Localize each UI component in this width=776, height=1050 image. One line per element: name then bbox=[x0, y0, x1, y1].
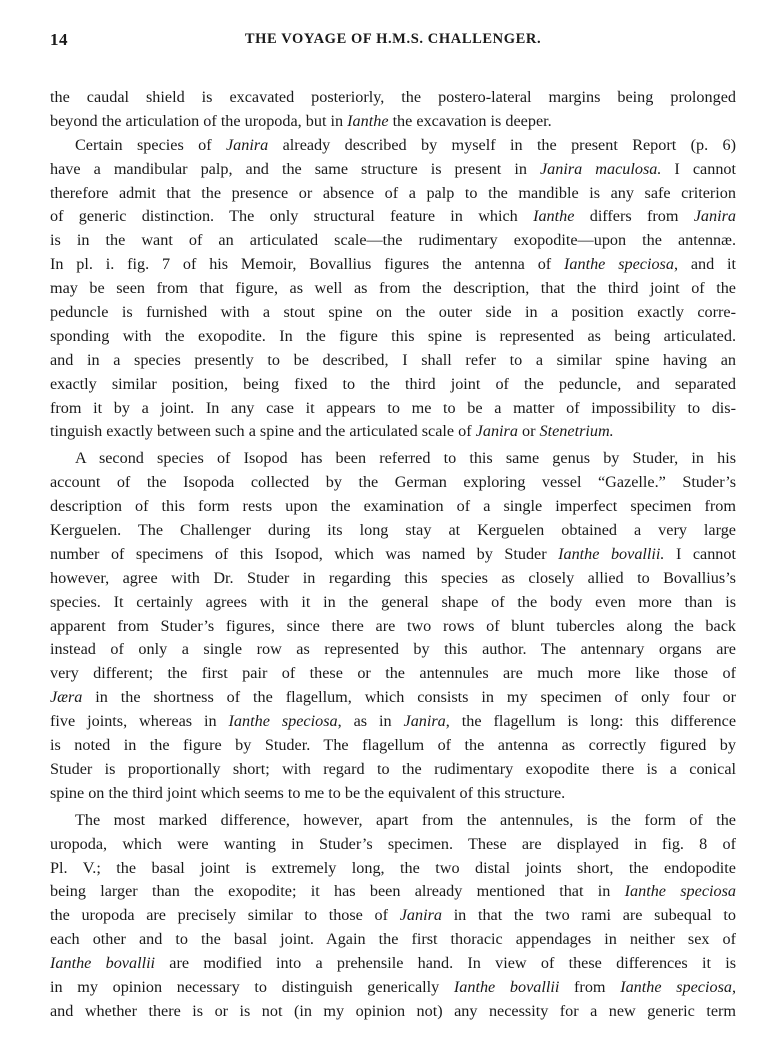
italic-taxon-name: Ianthe bovallii bbox=[454, 978, 559, 996]
text-line: however, agree with Dr. Studer in regard… bbox=[50, 567, 736, 591]
text-line: and whether there is or is not (in my op… bbox=[50, 1000, 736, 1024]
text-run: beyond the articulation of the uropoda, … bbox=[50, 112, 347, 130]
page-header: 14 THE VOYAGE OF H.M.S. CHALLENGER. bbox=[50, 30, 736, 54]
text-run: I cannot bbox=[661, 160, 736, 178]
italic-taxon-name: Ianthe bovallii. bbox=[558, 545, 664, 563]
text-run: is in the want of an articulated scale—t… bbox=[50, 231, 736, 249]
text-line: The most marked difference, however, apa… bbox=[50, 809, 736, 833]
text-run: Studer is proportionally short; with reg… bbox=[50, 760, 736, 778]
text-line: apparent from Studer’s figures, since th… bbox=[50, 615, 736, 639]
text-run: uropoda, which were wanting in Studer’s … bbox=[50, 835, 736, 853]
italic-taxon-name: Ianthe bbox=[347, 112, 388, 130]
italic-taxon-name: Jæra bbox=[50, 688, 82, 706]
text-run: exactly similar position, being fixed to… bbox=[50, 375, 736, 393]
text-run: is noted in the figure by Studer. The fl… bbox=[50, 736, 736, 754]
text-line: description of this form rests upon the … bbox=[50, 495, 736, 519]
text-run: sponding with the exopodite. In the figu… bbox=[50, 327, 736, 345]
text-run: may be seen from that figure, as well as… bbox=[50, 279, 736, 297]
text-run: have a mandibular palp, and the same str… bbox=[50, 160, 540, 178]
text-line: of generic distinction. The only structu… bbox=[50, 205, 736, 229]
text-run: five joints, whereas in bbox=[50, 712, 229, 730]
text-line: very different; the first pair of these … bbox=[50, 662, 736, 686]
text-run: very different; the first pair of these … bbox=[50, 664, 736, 682]
italic-taxon-name: Janira bbox=[400, 906, 442, 924]
running-title: THE VOYAGE OF H.M.S. CHALLENGER. bbox=[50, 31, 736, 48]
text-run: each other and to the basal joint. Again… bbox=[50, 930, 736, 948]
text-line: each other and to the basal joint. Again… bbox=[50, 928, 736, 952]
italic-taxon-name: Janira bbox=[694, 207, 736, 225]
text-line: A second species of Isopod has been refe… bbox=[50, 447, 736, 471]
italic-taxon-name: Ianthe speciosa bbox=[564, 255, 674, 273]
text-run: in the shortness of the flagellum, which… bbox=[82, 688, 736, 706]
text-line: is in the want of an articulated scale—t… bbox=[50, 229, 736, 253]
italic-taxon-name: Ianthe bovallii bbox=[50, 954, 155, 972]
text-run: , the flagellum is long: this difference bbox=[446, 712, 736, 730]
text-run: the caudal shield is excavated posterior… bbox=[50, 88, 736, 106]
text-run: species. It certainly agrees with it in … bbox=[50, 593, 736, 611]
text-line: exactly similar position, being fixed to… bbox=[50, 373, 736, 397]
text-line: the caudal shield is excavated posterior… bbox=[50, 86, 736, 110]
text-line: being larger than the exopodite; it has … bbox=[50, 880, 736, 904]
text-run: the excavation is deeper. bbox=[389, 112, 552, 130]
text-run: A second species of Isopod has been refe… bbox=[75, 449, 736, 467]
italic-taxon-name: Janira bbox=[404, 712, 446, 730]
text-run: , and it bbox=[674, 255, 736, 273]
text-run: differs from bbox=[574, 207, 693, 225]
text-run: are modified into a prehensile hand. In … bbox=[155, 954, 736, 972]
text-run: Pl. V.; the basal joint is extremely lon… bbox=[50, 859, 736, 877]
text-line: account of the Isopoda collected by the … bbox=[50, 471, 736, 495]
text-run: instead of only a single row as represen… bbox=[50, 640, 736, 658]
text-run: being larger than the exopodite; it has … bbox=[50, 882, 625, 900]
text-line: Pl. V.; the basal joint is extremely lon… bbox=[50, 857, 736, 881]
text-run: spine on the third joint which seems to … bbox=[50, 784, 565, 802]
text-run: and in a species presently to be describ… bbox=[50, 351, 736, 369]
text-line: tinguish exactly between such a spine an… bbox=[50, 420, 736, 444]
italic-taxon-name: Stenetrium. bbox=[540, 422, 614, 440]
text-line: and in a species presently to be describ… bbox=[50, 349, 736, 373]
text-run: , bbox=[732, 978, 736, 996]
text-line: In pl. i. fig. 7 of his Memoir, Bovalliu… bbox=[50, 253, 736, 277]
text-run: Kerguelen. The Challenger during its lon… bbox=[50, 521, 736, 539]
text-run: in my opinion necessary to distinguish g… bbox=[50, 978, 454, 996]
text-run: account of the Isopoda collected by the … bbox=[50, 473, 736, 491]
text-line: uropoda, which were wanting in Studer’s … bbox=[50, 833, 736, 857]
paragraph: A second species of Isopod has been refe… bbox=[50, 447, 736, 805]
italic-taxon-name: Ianthe speciosa bbox=[229, 712, 338, 730]
text-run: tinguish exactly between such a spine an… bbox=[50, 422, 476, 440]
text-line: Studer is proportionally short; with reg… bbox=[50, 758, 736, 782]
text-run: Certain species of bbox=[75, 136, 226, 154]
text-run: therefore admit that the presence or abs… bbox=[50, 184, 736, 202]
text-line: in my opinion necessary to distinguish g… bbox=[50, 976, 736, 1000]
text-line: beyond the articulation of the uropoda, … bbox=[50, 110, 736, 134]
text-run: peduncle is furnished with a stout spine… bbox=[50, 303, 736, 321]
text-line: Certain species of Janira already descri… bbox=[50, 134, 736, 158]
text-run: the uropoda are precisely similar to tho… bbox=[50, 906, 400, 924]
text-run: I cannot bbox=[664, 545, 736, 563]
italic-taxon-name: Janira maculosa. bbox=[540, 160, 661, 178]
text-run: however, agree with Dr. Studer in regard… bbox=[50, 569, 736, 587]
text-run: and whether there is or is not (in my op… bbox=[50, 1002, 736, 1020]
text-line: spine on the third joint which seems to … bbox=[50, 782, 736, 806]
text-line: peduncle is furnished with a stout spine… bbox=[50, 301, 736, 325]
paragraph: Certain species of Janira already descri… bbox=[50, 134, 736, 445]
text-run: description of this form rests upon the … bbox=[50, 497, 736, 515]
italic-taxon-name: Ianthe speciosa bbox=[625, 882, 736, 900]
text-line: is noted in the figure by Studer. The fl… bbox=[50, 734, 736, 758]
text-line: the uropoda are precisely similar to tho… bbox=[50, 904, 736, 928]
paragraph: the caudal shield is excavated posterior… bbox=[50, 86, 736, 134]
italic-taxon-name: Ianthe speciosa bbox=[620, 978, 732, 996]
text-line: instead of only a single row as represen… bbox=[50, 638, 736, 662]
paragraph: The most marked difference, however, apa… bbox=[50, 809, 736, 1024]
text-run: or bbox=[518, 422, 540, 440]
text-run: , as in bbox=[338, 712, 404, 730]
text-line: therefore admit that the presence or abs… bbox=[50, 182, 736, 206]
text-run: apparent from Studer’s figures, since th… bbox=[50, 617, 736, 635]
text-line: Jæra in the shortness of the flagellum, … bbox=[50, 686, 736, 710]
text-run: in that the two rami are subequal to bbox=[442, 906, 736, 924]
text-line: species. It certainly agrees with it in … bbox=[50, 591, 736, 615]
body-text: the caudal shield is excavated posterior… bbox=[50, 86, 736, 1024]
italic-taxon-name: Janira bbox=[476, 422, 518, 440]
text-run: number of specimens of this Isopod, whic… bbox=[50, 545, 558, 563]
text-run: already described by myself in the prese… bbox=[268, 136, 736, 154]
text-line: number of specimens of this Isopod, whic… bbox=[50, 543, 736, 567]
italic-taxon-name: Ianthe bbox=[533, 207, 574, 225]
text-run: from bbox=[559, 978, 620, 996]
text-run: of generic distinction. The only structu… bbox=[50, 207, 533, 225]
text-line: Ianthe bovallii are modified into a preh… bbox=[50, 952, 736, 976]
text-line: sponding with the exopodite. In the figu… bbox=[50, 325, 736, 349]
text-line: five joints, whereas in Ianthe speciosa,… bbox=[50, 710, 736, 734]
text-run: from it by a joint. In any case it appea… bbox=[50, 399, 736, 417]
text-line: from it by a joint. In any case it appea… bbox=[50, 397, 736, 421]
text-run: In pl. i. fig. 7 of his Memoir, Bovalliu… bbox=[50, 255, 564, 273]
italic-taxon-name: Janira bbox=[226, 136, 268, 154]
text-line: have a mandibular palp, and the same str… bbox=[50, 158, 736, 182]
text-line: Kerguelen. The Challenger during its lon… bbox=[50, 519, 736, 543]
text-run: The most marked difference, however, apa… bbox=[75, 811, 736, 829]
text-line: may be seen from that figure, as well as… bbox=[50, 277, 736, 301]
